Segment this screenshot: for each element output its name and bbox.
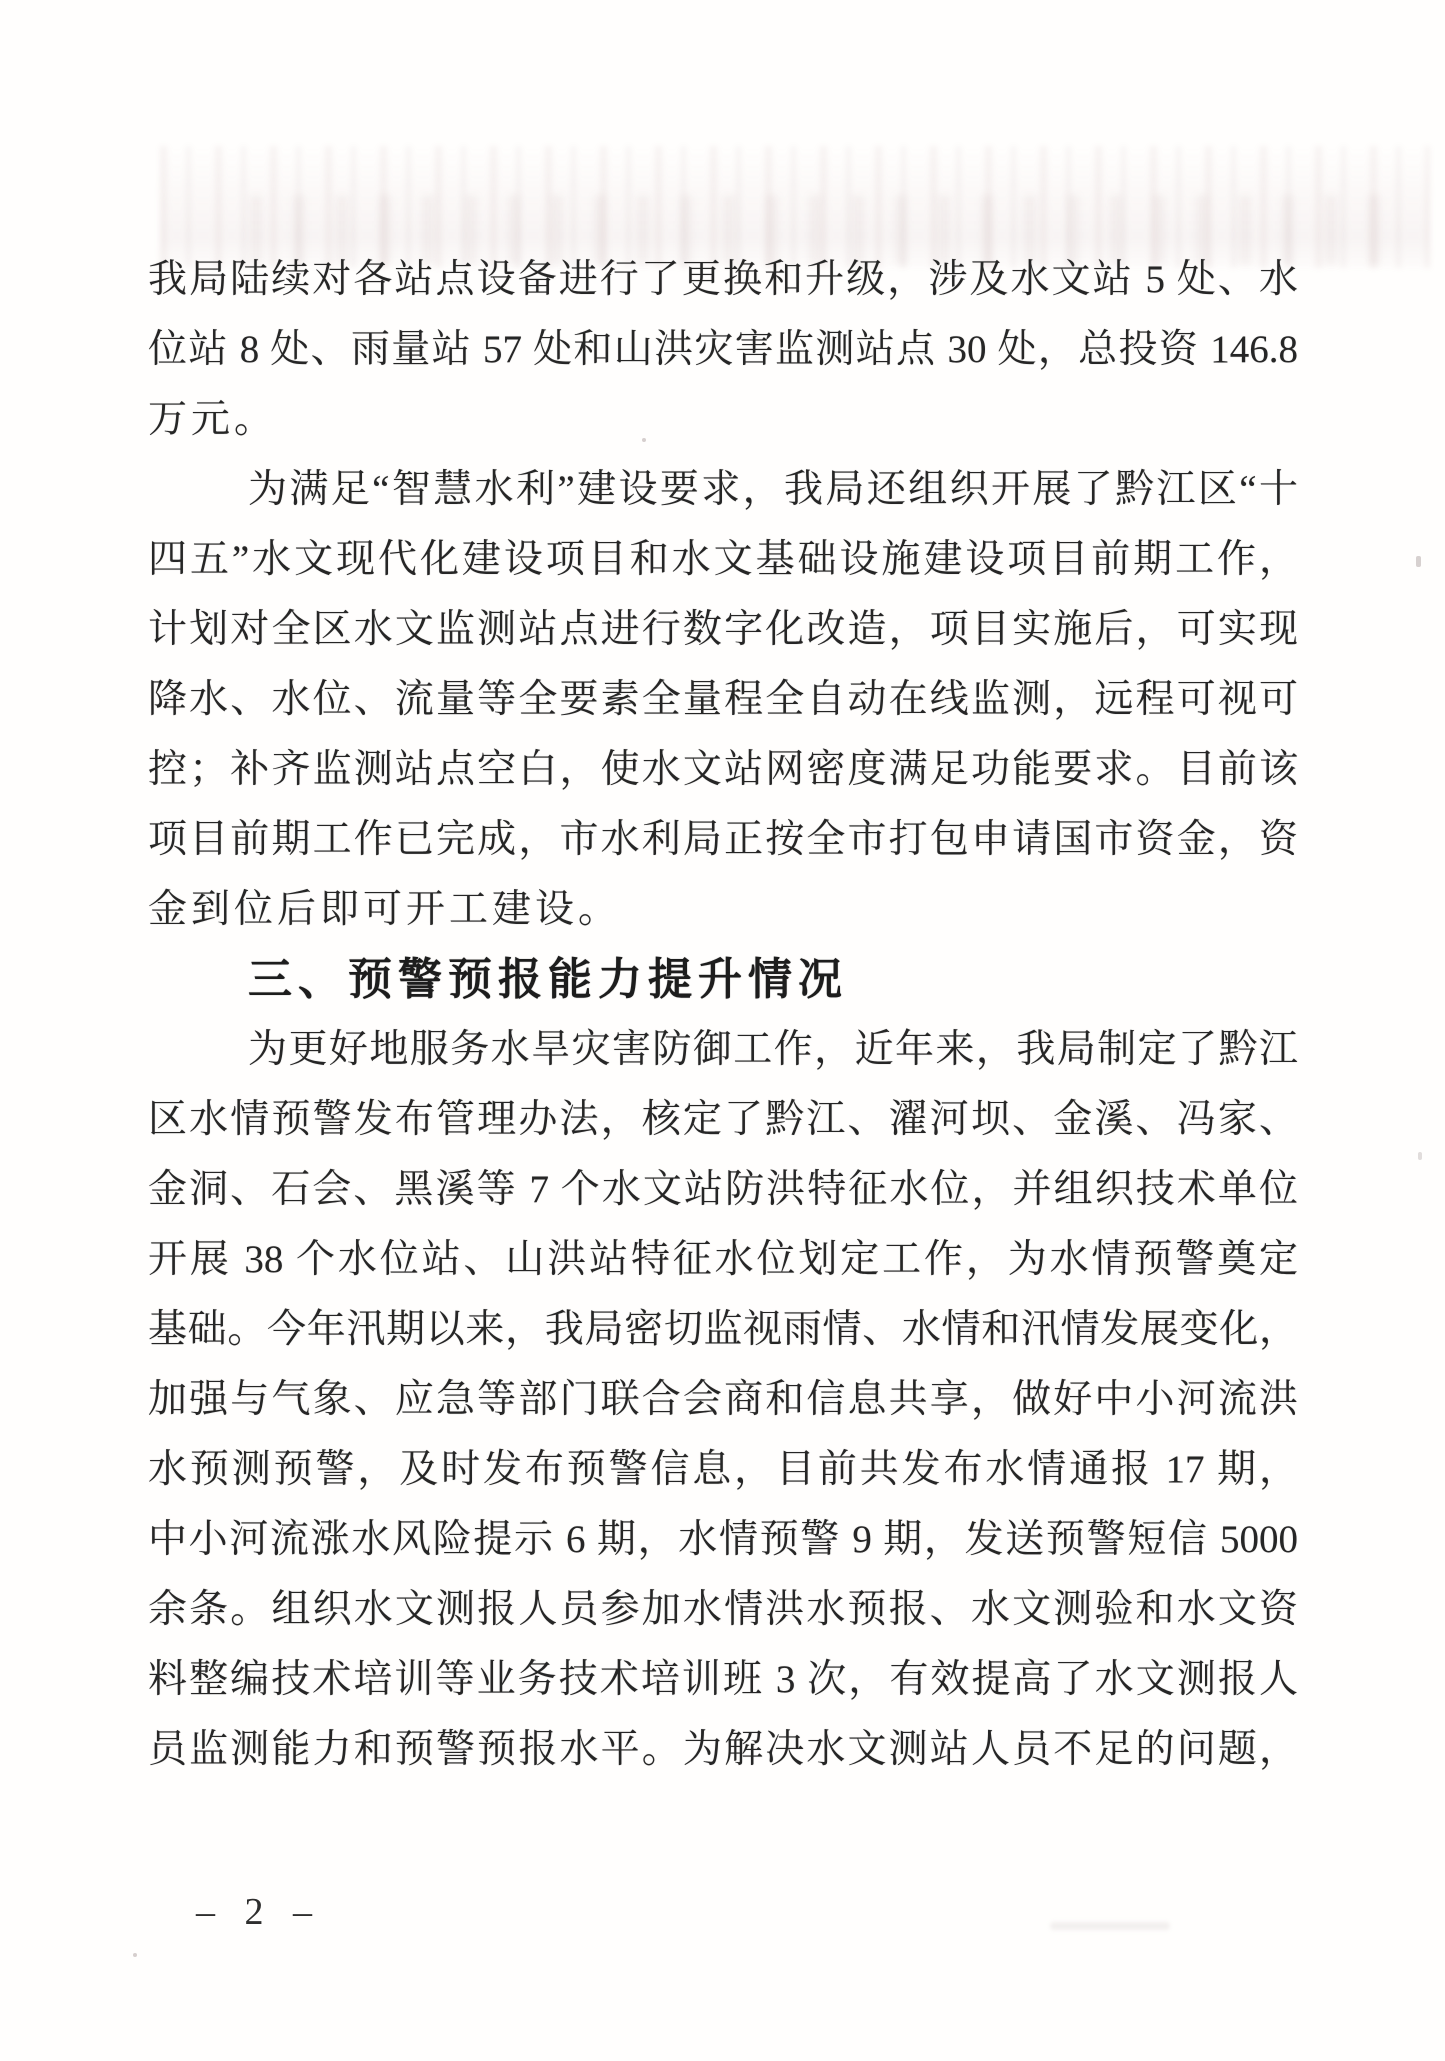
body-text-line: 为更好地服务水旱灾害防御工作，近年来，我局制定了黔江 [148, 1015, 1298, 1085]
body-text-line: 中小河流涨水风险提示 6 期，水情预警 9 期，发送预警短信 5000 [148, 1505, 1298, 1575]
body-text-line: 降水、水位、流量等全要素全量程全自动在线监测，远程可视可 [148, 665, 1298, 735]
page-number: – 2 – [196, 1885, 322, 1940]
body-text-line: 基础。今年汛期以来，我局密切监视雨情、水情和汛情发展变化， [148, 1295, 1298, 1365]
body-text-line: 控；补齐监测站点空白，使水文站网密度满足功能要求。目前该 [148, 735, 1298, 805]
scan-speckle [1416, 556, 1421, 567]
body-text-line: 余条。组织水文测报人员参加水情洪水预报、水文测验和水文资 [148, 1575, 1298, 1645]
scan-speckle [133, 1953, 137, 1957]
document-page: 我局陆续对各站点设备进行了更换和升级，涉及水文站 5 处、水位站 8 处、雨量站… [0, 0, 1445, 2061]
body-text-line: 金到位后即可开工建设。 [148, 875, 1298, 945]
document-body: 我局陆续对各站点设备进行了更换和升级，涉及水文站 5 处、水位站 8 处、雨量站… [148, 245, 1298, 1785]
body-text-line: 区水情预警发布管理办法，核定了黔江、濯河坝、金溪、冯家、 [148, 1085, 1298, 1155]
body-text-line: 料整编技术培训等业务技术培训班 3 次，有效提高了水文测报人 [148, 1645, 1298, 1715]
body-text-line: 四五”水文现代化建设项目和水文基础设施建设项目前期工作， [148, 525, 1298, 595]
body-text-line: 金洞、石会、黑溪等 7 个水文站防洪特征水位，并组织技术单位 [148, 1155, 1298, 1225]
body-text-line: 位站 8 处、雨量站 57 处和山洪灾害监测站点 30 处，总投资 146.8 [148, 315, 1298, 385]
body-text-line: 员监测能力和预警预报水平。为解决水文测站人员不足的问题， [148, 1715, 1298, 1785]
body-text-line: 为满足“智慧水利”建设要求，我局还组织开展了黔江区“十 [148, 455, 1298, 525]
body-text-line: 水预测预警，及时发布预警信息，目前共发布水情通报 17 期， [148, 1435, 1298, 1505]
section-heading: 三、预警预报能力提升情况 [148, 945, 1298, 1015]
body-text-line: 我局陆续对各站点设备进行了更换和升级，涉及水文站 5 处、水 [148, 245, 1298, 315]
body-text-line: 加强与气象、应急等部门联合会商和信息共享，做好中小河流洪 [148, 1365, 1298, 1435]
scan-smudge [1050, 1922, 1170, 1930]
body-text-line: 万元。 [148, 385, 1298, 455]
body-text-line: 项目前期工作已完成，市水利局正按全市打包申请国市资金，资 [148, 805, 1298, 875]
body-text-line: 计划对全区水文监测站点进行数字化改造，项目实施后，可实现 [148, 595, 1298, 665]
scan-speckle [1418, 1152, 1422, 1160]
body-text-line: 开展 38 个水位站、山洪站特征水位划定工作，为水情预警奠定 [148, 1225, 1298, 1295]
scan-speckle [642, 438, 646, 442]
